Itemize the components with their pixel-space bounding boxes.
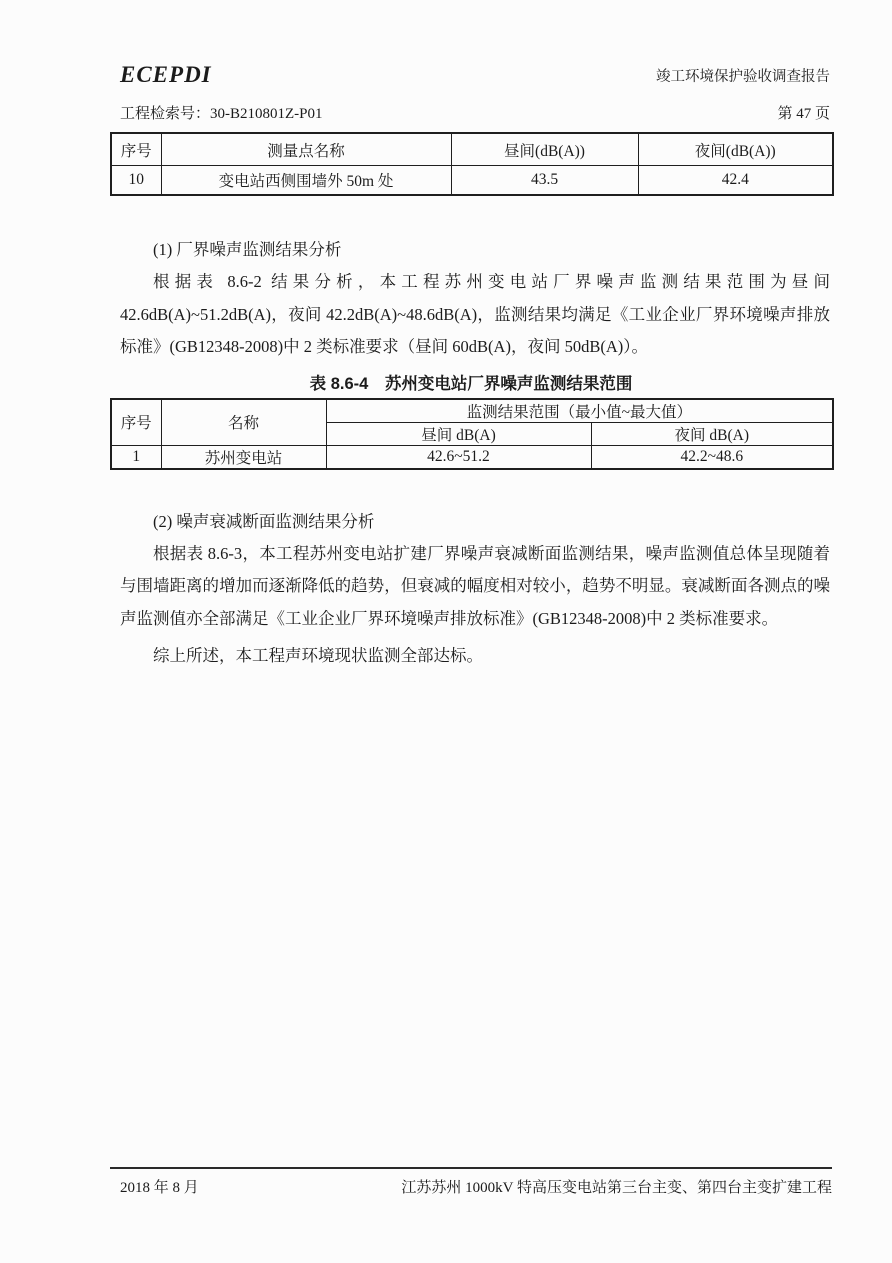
header-meta-row: 工程检索号：30-B210801Z-P01 第 47 页: [120, 104, 830, 124]
page-footer: 2018 年 8 月 江苏苏州 1000kV 特高压变电站第三台主变、第四台主变…: [110, 1167, 832, 1198]
section-1-paragraph: 根据表 8.6-2 结果分析，本工程苏州变电站厂界噪声监测结果范围为昼间 42.…: [120, 266, 830, 364]
table-header-cell: 夜间 dB(A): [591, 422, 833, 445]
table-8-6-4-caption: 表 8.6-4 苏州变电站厂界噪声监测结果范围: [110, 372, 832, 396]
table-header-cell: 昼间(dB(A)): [451, 133, 638, 166]
table-8-6-4: 序号 名称 监测结果范围（最小值~最大值） 昼间 dB(A) 夜间 dB(A) …: [110, 398, 834, 470]
table-header-cell: 序号: [111, 399, 161, 446]
table-header-cell: 夜间(dB(A)): [638, 133, 833, 166]
table-cell: 苏州变电站: [161, 445, 326, 469]
noise-measurement-table: 序号 测量点名称 昼间(dB(A)) 夜间(dB(A)) 10 变电站西侧围墙外…: [110, 132, 834, 196]
section-2-paragraph: 根据表 8.6-3，本工程苏州变电站扩建厂界噪声衰减断面监测结果，噪声监测值总体…: [120, 538, 830, 636]
table-header-cell: 序号: [111, 133, 161, 166]
section-1-heading: (1) 厂界噪声监测结果分析: [120, 234, 830, 266]
conclusion-paragraph: 综上所述，本工程声环境现状监测全部达标。: [120, 641, 830, 671]
page-header: ECEPDI 竣工环境保护验收调查报告: [120, 62, 830, 88]
company-logo: ECEPDI: [120, 62, 212, 88]
table-cell: 43.5: [451, 166, 638, 196]
table-cell: 1: [111, 445, 161, 469]
table-cell: 42.2~48.6: [591, 445, 833, 469]
footer-project-name: 江苏苏州 1000kV 特高压变电站第三台主变、第四台主变扩建工程: [401, 1178, 832, 1198]
table-cell: 10: [111, 166, 161, 196]
table-header-cell-range-group: 监测结果范围（最小值~最大值）: [326, 399, 833, 423]
table-header-row: 序号 测量点名称 昼间(dB(A)) 夜间(dB(A)): [111, 133, 833, 166]
table-cell: 42.4: [638, 166, 833, 196]
doc-index-number: 工程检索号：30-B210801Z-P01: [120, 104, 323, 124]
section-2-heading: (2) 噪声衰减断面监测结果分析: [120, 506, 830, 538]
table-row: 10 变电站西侧围墙外 50m 处 43.5 42.4: [111, 166, 833, 196]
table-cell: 42.6~51.2: [326, 445, 591, 469]
table-header-row: 序号 名称 监测结果范围（最小值~最大值）: [111, 399, 833, 423]
page-number: 第 47 页: [777, 104, 830, 124]
table-header-cell: 名称: [161, 399, 326, 446]
footer-date: 2018 年 8 月: [110, 1178, 199, 1198]
table-header-cell: 昼间 dB(A): [326, 422, 591, 445]
table-row: 1 苏州变电站 42.6~51.2 42.2~48.6: [111, 445, 833, 469]
table-cell: 变电站西侧围墙外 50m 处: [161, 166, 451, 196]
report-title: 竣工环境保护验收调查报告: [656, 66, 830, 88]
table-header-cell: 测量点名称: [161, 133, 451, 166]
document-page: ECEPDI 竣工环境保护验收调查报告 工程检索号：30-B210801Z-P0…: [0, 0, 892, 1263]
